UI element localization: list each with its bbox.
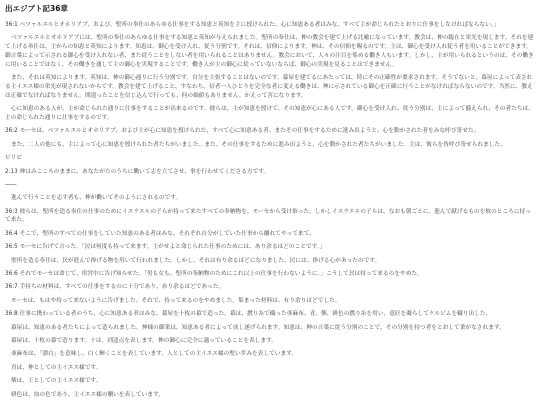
scripture-quote-2-13: 2:13 神はみこころのままに、あなたがたのうちに働いて志を立てさせ、事を行わせ… bbox=[5, 168, 534, 177]
commentary-paragraph-8: 幕屋は、知恵のある者たちによって造られました。神様の御業は、知恵ある者によって成… bbox=[5, 324, 534, 333]
verse-36-8: 36:8 仕事に携わっている者のうち、心に知恵ある者はみな、幕屋を十枚の幕で造っ… bbox=[5, 310, 534, 319]
verse-36-7: 36:7 手持ちの材料は、すべての仕事をするのに十分であり、あり余るほどであった… bbox=[5, 283, 534, 292]
verse-36-5: 36:5 モーセに告げて言った。「民は何度も持って来ます。主がせよと命じられた仕… bbox=[5, 243, 534, 252]
verse-36-2: 36:2 モーセは、ベツァルエルとオホリアブ、および主が心に知恵を授けられた、す… bbox=[5, 127, 534, 136]
commentary-paragraph-11: 青は、神としての主イエス様です。 bbox=[5, 364, 534, 373]
commentary-paragraph-9: 幕屋は、十枚の幕で造ります。十は、到達点を表します。神の御心に完全に適っているこ… bbox=[5, 337, 534, 346]
commentary-paragraph-3: 心に知恵のある人が、主が命じられた通りに仕事をすることが出来るのです。彼らは、主… bbox=[5, 105, 534, 123]
commentary-paragraph-13-clipped: 緋色は、血の色であり、主イエス様の贖いを表しています。 bbox=[5, 391, 534, 400]
commentary-paragraph-5: 進んで行うことを志す者も、神が働いてそのようにされるのです。 bbox=[5, 194, 534, 203]
verse-36-6: 36:6 それでモーセは命じて、宿営中に告げ知らせた。「男も女も、聖所の奉納物の… bbox=[5, 270, 534, 279]
verse-36-4: 36:4 そこで、聖所のすべての仕事をしていた知恵のある者はみな、それぞれ自分が… bbox=[5, 230, 534, 239]
separator-dashes: ―― bbox=[5, 181, 534, 190]
scripture-ref-philippians: ピリピ bbox=[5, 154, 534, 163]
commentary-paragraph-10: 亜麻布は、「漂白」を意味し、白く輝くことを表しています。人としての主イエス様の聖… bbox=[5, 350, 534, 359]
commentary-paragraph-4: また、二人の他にも、主によって心に知恵を授けられた者たちがいました。また、その仕… bbox=[5, 141, 534, 150]
commentary-paragraph-12: 紫は、王としての主イエス様です。 bbox=[5, 377, 534, 386]
commentary-paragraph-2: また、それは英知によります。英知は、神の御心通りに行う分別です。自分を主張するこ… bbox=[5, 74, 534, 100]
commentary-paragraph-6: 聖所を造る奉仕は、民が進んで捧げる物を用いて行われました。しかし、それは有り余る… bbox=[5, 257, 534, 266]
commentary-paragraph-7: モーセは、もはや持って来ないように告げました。それで、持って来るのをやめました。… bbox=[5, 297, 534, 306]
document-page: 出エジプト記36章 36:1 ベツァルエルとオホリアブ、および、聖所の奉仕のあら… bbox=[0, 0, 540, 405]
page-title: 出エジプト記36章 bbox=[5, 4, 534, 14]
verse-36-1: 36:1 ベツァルエルとオホリアブ、および、聖所の奉仕のあらゆる仕事をする知恵と… bbox=[5, 21, 534, 30]
commentary-paragraph-1: ベツァルエルとオホリアブには、聖所の奉仕のあらゆる仕事をする知恵と英知が与えられ… bbox=[5, 34, 534, 69]
verse-36-3: 36:3 彼らは、聖所を造る奉仕の仕事のためにイスラエルの子らが持って来たすべて… bbox=[5, 208, 534, 226]
